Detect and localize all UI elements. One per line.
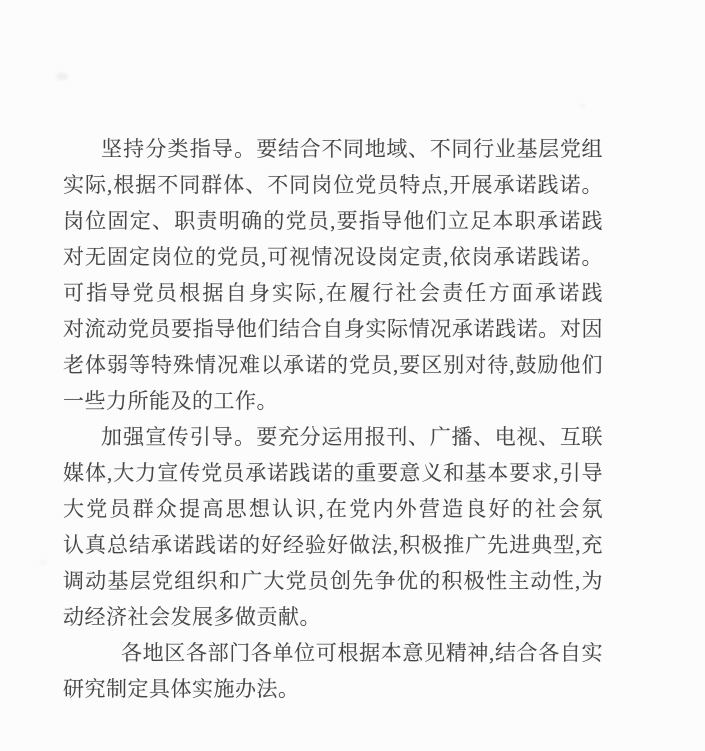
text-line: 加强宣传引导。要充分运用报刊、广播、电视、互联网等 [63, 419, 603, 455]
text-line: 实际,根据不同群体、不同岗位党员特点,开展承诺践诺。对 [63, 167, 603, 203]
text-line: 对流动党员要指导他们结合自身实际情况承诺践诺。对因年 [63, 311, 603, 347]
text-line: 各地区各部门各单位可根据本意见精神,结合各自实际, [63, 635, 603, 671]
text-line: 一些力所能及的工作。 [63, 383, 603, 419]
text-line: 大党员群众提高思想认识,在党内外营造良好的社会氛围。 [63, 491, 603, 527]
text-line: 媒体,大力宣传党员承诺践诺的重要意义和基本要求,引导广 [63, 455, 603, 491]
text-line: 对无固定岗位的党员,可视情况设岗定责,依岗承诺践诺。也 [63, 239, 603, 275]
scan-speck [40, 560, 46, 565]
text-line: 岗位固定、职责明确的党员,要指导他们立足本职承诺践诺; [63, 203, 603, 239]
text-line: 坚持分类指导。要结合不同地域、不同行业基层党组织 [63, 131, 603, 167]
text-line: 老体弱等特殊情况难以承诺的党员,要区别对待,鼓励他们做 [63, 347, 603, 383]
document-page: 坚持分类指导。要结合不同地域、不同行业基层党组织 实际,根据不同群体、不同岗位党… [0, 0, 705, 751]
text-line: 认真总结承诺践诺的好经验好做法,积极推广先进典型,充分 [63, 527, 603, 563]
text-line: 可指导党员根据自身实际,在履行社会责任方面承诺践诺。 [63, 275, 603, 311]
text-line: 研究制定具体实施办法。 [63, 671, 603, 707]
paragraph-lead: 加强宣传引导。 [101, 425, 256, 449]
paragraph-lead: 坚持分类指导。 [101, 137, 256, 161]
scan-speck [56, 73, 68, 80]
document-text-block: 坚持分类指导。要结合不同地域、不同行业基层党组织 实际,根据不同群体、不同岗位党… [63, 131, 603, 707]
scan-speck [580, 104, 585, 108]
text-line: 动经济社会发展多做贡献。 [63, 599, 603, 635]
text-line: 调动基层党组织和广大党员创先争优的积极性主动性,为推 [63, 563, 603, 599]
